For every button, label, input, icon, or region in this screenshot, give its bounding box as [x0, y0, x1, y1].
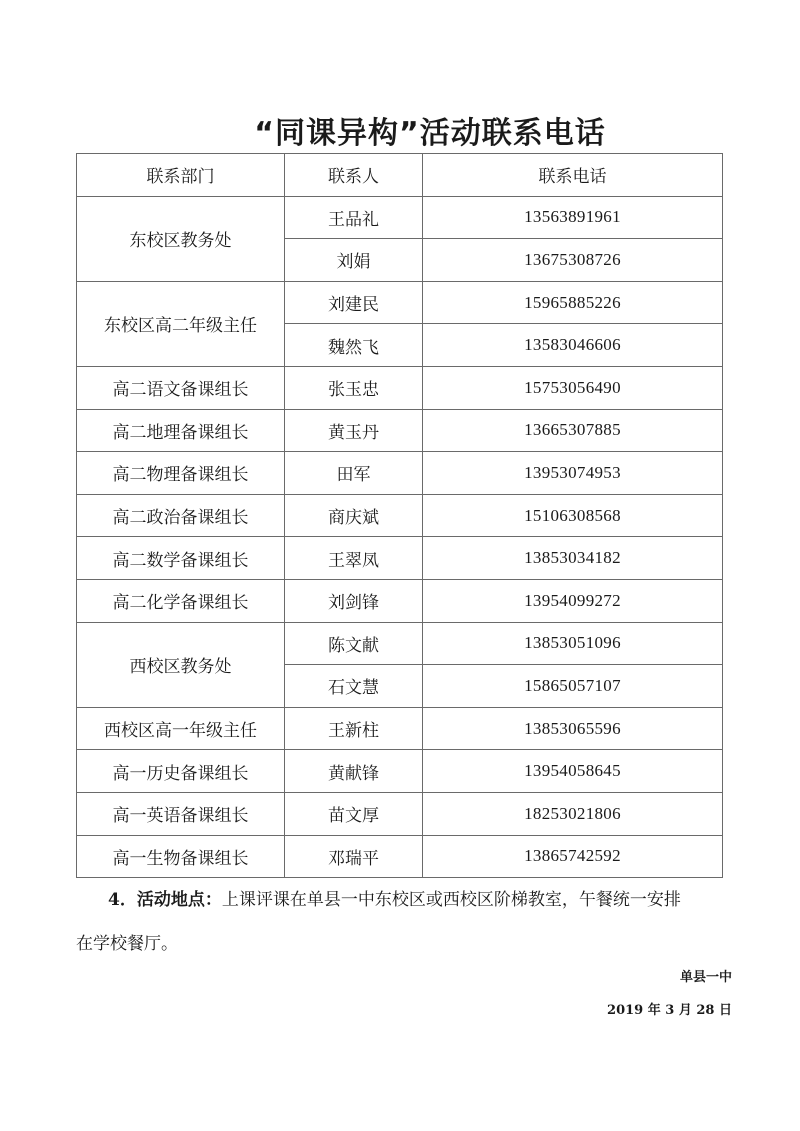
- phone-number: 13563891961: [423, 196, 723, 239]
- department-cell: 西校区教务处: [77, 622, 285, 707]
- phone-number: 13953074953: [423, 452, 723, 495]
- contact-name: 黄玉丹: [285, 409, 423, 452]
- location-paragraph-continued: 在学校餐厅。: [76, 932, 736, 956]
- contact-name: 石文慧: [285, 665, 423, 708]
- contact-name: 邓瑞平: [285, 835, 423, 878]
- phone-number: 15753056490: [423, 366, 723, 409]
- table-row: 高一英语备课组长 苗文厚 18253021806: [77, 792, 723, 835]
- contact-name: 苗文厚: [285, 792, 423, 835]
- location-text: 上课评课在单县一中东校区或西校区阶梯教室，午餐统一安排: [222, 890, 681, 910]
- table-row: 东校区高二年级主任 刘建民 15965885226: [77, 281, 723, 324]
- signature-organization: 单县一中: [680, 966, 732, 985]
- phone-number: 13665307885: [423, 409, 723, 452]
- location-label: 4．活动地点：: [108, 890, 222, 910]
- table-row: 西校区教务处 陈文献 13853051096: [77, 622, 723, 665]
- department-cell: 高二化学备课组长: [77, 579, 285, 622]
- contact-name: 刘建民: [285, 281, 423, 324]
- department-cell: 高一生物备课组长: [77, 835, 285, 878]
- department-cell: 高一英语备课组长: [77, 792, 285, 835]
- phone-number: 13954058645: [423, 750, 723, 793]
- table-row: 高二地理备课组长 黄玉丹 13665307885: [77, 409, 723, 452]
- contact-name: 陈文献: [285, 622, 423, 665]
- phone-number: 13865742592: [423, 835, 723, 878]
- phone-number: 13954099272: [423, 579, 723, 622]
- phone-number: 13853051096: [423, 622, 723, 665]
- contact-name: 刘剑锋: [285, 579, 423, 622]
- phone-number: 13853065596: [423, 707, 723, 750]
- signature-date: 2019 年 3 月 28 日: [607, 999, 732, 1018]
- contact-name: 张玉忠: [285, 366, 423, 409]
- contact-name: 刘娟: [285, 239, 423, 282]
- department-cell: 高二数学备课组长: [77, 537, 285, 580]
- department-cell: 高二语文备课组长: [77, 366, 285, 409]
- location-paragraph: 4．活动地点：上课评课在单县一中东校区或西校区阶梯教室，午餐统一安排: [76, 888, 736, 912]
- department-cell: 东校区教务处: [77, 196, 285, 281]
- table-row: 高二语文备课组长 张玉忠 15753056490: [77, 366, 723, 409]
- department-cell: 高一历史备课组长: [77, 750, 285, 793]
- table-row: 高二数学备课组长 王翠凤 13853034182: [77, 537, 723, 580]
- table-row: 东校区教务处 王品礼 13563891961: [77, 196, 723, 239]
- department-cell: 西校区高一年级主任: [77, 707, 285, 750]
- phone-number: 13853034182: [423, 537, 723, 580]
- department-cell: 高二物理备课组长: [77, 452, 285, 495]
- table-header-row: 联系部门 联系人 联系电话: [77, 154, 723, 197]
- header-phone: 联系电话: [423, 154, 723, 197]
- contact-name: 田军: [285, 452, 423, 495]
- table-row: 高二物理备课组长 田军 13953074953: [77, 452, 723, 495]
- phone-number: 18253021806: [423, 792, 723, 835]
- document-title: “同课异构”活动联系电话: [0, 108, 800, 152]
- table-row: 高二政治备课组长 商庆斌 15106308568: [77, 494, 723, 537]
- phone-number: 13583046606: [423, 324, 723, 367]
- table-row: 高一历史备课组长 黄献锋 13954058645: [77, 750, 723, 793]
- phone-number: 15965885226: [423, 281, 723, 324]
- header-department: 联系部门: [77, 154, 285, 197]
- contact-name: 商庆斌: [285, 494, 423, 537]
- contact-name: 王新柱: [285, 707, 423, 750]
- department-cell: 高二地理备课组长: [77, 409, 285, 452]
- table-row: 西校区高一年级主任 王新柱 13853065596: [77, 707, 723, 750]
- header-contact: 联系人: [285, 154, 423, 197]
- contact-table: 联系部门 联系人 联系电话 东校区教务处 王品礼 13563891961 刘娟 …: [76, 153, 723, 878]
- contact-name: 王品礼: [285, 196, 423, 239]
- table-row: 高二化学备课组长 刘剑锋 13954099272: [77, 579, 723, 622]
- department-cell: 高二政治备课组长: [77, 494, 285, 537]
- contact-name: 魏然飞: [285, 324, 423, 367]
- contact-name: 黄献锋: [285, 750, 423, 793]
- phone-number: 13675308726: [423, 239, 723, 282]
- phone-number: 15865057107: [423, 665, 723, 708]
- table-row: 高一生物备课组长 邓瑞平 13865742592: [77, 835, 723, 878]
- phone-number: 15106308568: [423, 494, 723, 537]
- department-cell: 东校区高二年级主任: [77, 281, 285, 366]
- contact-name: 王翠凤: [285, 537, 423, 580]
